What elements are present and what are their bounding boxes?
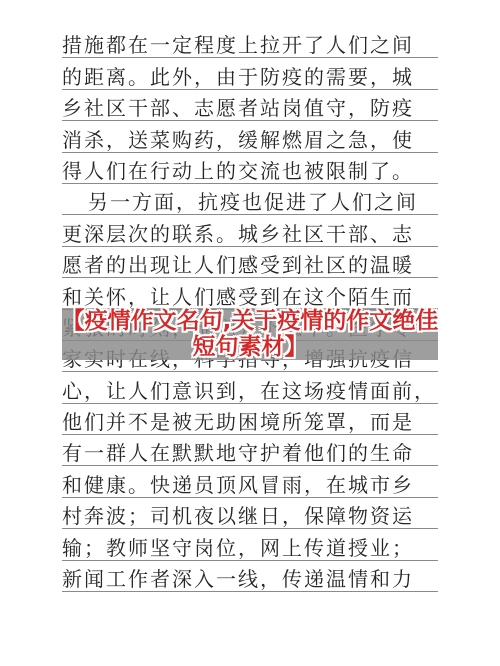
essay-line: 得人们在行动上的交流也被限制了。: [62, 153, 438, 184]
essay-line: 有一群人在默默地守护着他们的生命: [62, 435, 438, 466]
essay-line: 措施都在一定程度上拉开了人们之间: [62, 27, 438, 58]
essay-line: 他们并不是被无助困境所笼罩，而是: [62, 404, 438, 435]
essay-line: 村奔波；司机夜以继日，保障物资运: [62, 498, 438, 529]
essay-line: 输；教师坚守岗位，网上传道授业；: [62, 529, 438, 560]
essay-line: 消杀，送菜购药，缓解燃眉之急，使: [62, 121, 438, 152]
watermark-text-line2: 短句素材】: [193, 334, 308, 360]
essay-line: 的距离。此外，由于防疫的需要，城: [62, 58, 438, 89]
essay-line: 更深层次的联系。城乡社区干部、志: [62, 215, 438, 246]
essay-line: 和健康。快递员顶风冒雨，在城市乡: [62, 466, 438, 497]
essay-page: 措施都在一定程度上拉开了人们之间 的距离。此外，由于防疫的需要，城 乡社区干部、…: [0, 0, 500, 666]
essay-line: 愿者的出现让人们感受到社区的温暖: [62, 247, 438, 278]
essay-line: 心，让人们意识到，在这场疫情面前，: [62, 372, 438, 403]
watermark-banner: 【疫情作文名句,关于疫情的作文绝佳 短句素材】: [62, 308, 438, 360]
essay-line: 新闻工作者深入一线，传递温情和力: [62, 561, 438, 592]
essay-line: 和关怀，让人们感受到在这个陌生而: [62, 278, 438, 309]
watermark-text-line1: 【疫情作文名句,关于疫情的作文绝佳: [62, 308, 439, 334]
essay-line: 乡社区干部、志愿者站岗值守，防疫: [62, 90, 438, 121]
essay-line: 另一方面，抗疫也促进了人们之间: [62, 184, 438, 215]
